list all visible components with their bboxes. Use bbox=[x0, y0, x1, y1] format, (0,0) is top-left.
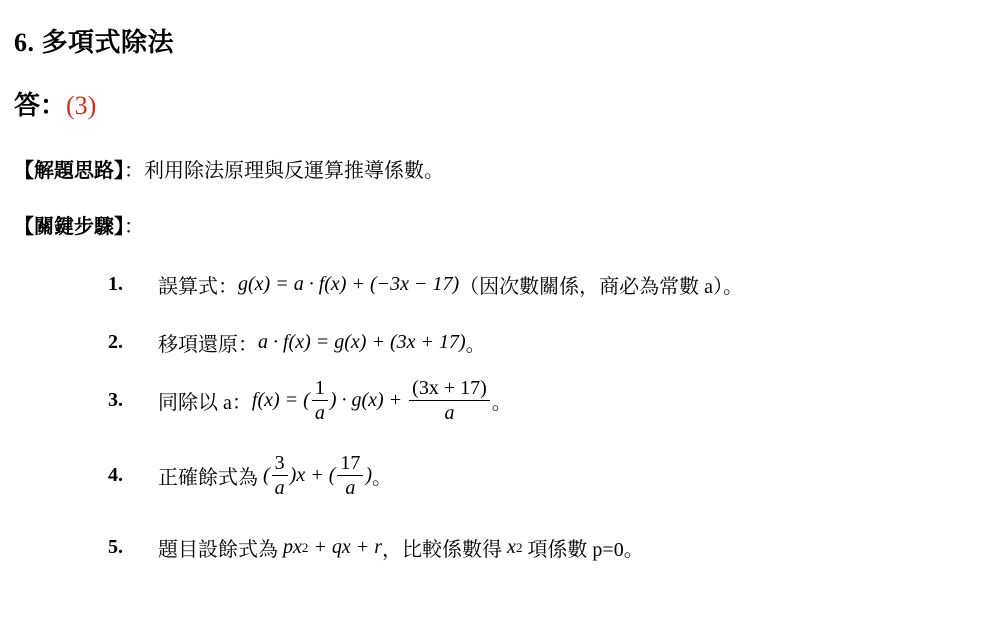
math-x: x bbox=[507, 536, 516, 559]
step-body: 移項還原： a · f(x) = g(x) + (3x + 17) 。 bbox=[158, 328, 486, 357]
step-number: 4. bbox=[108, 464, 158, 487]
answer-label: 答： bbox=[14, 91, 66, 120]
step-body: 同除以 a： f(x) = ( 1 a ) · g(x) + (3x + 17)… bbox=[158, 376, 512, 425]
close-paren: ) bbox=[365, 464, 372, 487]
approach-label: 【解題思路】 bbox=[14, 160, 124, 182]
step-suffix: 項係數 p=0。 bbox=[522, 533, 643, 562]
step-2: 2. 移項還原： a · f(x) = g(x) + (3x + 17) 。 bbox=[108, 328, 486, 357]
fraction-numerator: 17 bbox=[337, 451, 363, 476]
step-1: 1. 誤算式： g(x) = a · f(x) + (−3x − 17) （因次… bbox=[108, 270, 743, 299]
step-prefix: 題目設餘式為 bbox=[158, 533, 283, 562]
fraction-denominator: a bbox=[315, 401, 325, 425]
step-body: 正確餘式為 ( 3 a )x + ( 17 a ) 。 bbox=[158, 451, 392, 500]
step-body: 誤算式： g(x) = a · f(x) + (−3x − 17) （因次數關係… bbox=[158, 270, 743, 299]
step-math-mid: )x + ( bbox=[290, 464, 336, 487]
step-suffix: （因次數關係，商必為常數 a）。 bbox=[459, 270, 743, 299]
fraction-numerator: 3 bbox=[272, 451, 288, 476]
answer-value: (3) bbox=[66, 91, 96, 120]
step-math-lhs: f(x) = ( bbox=[252, 389, 310, 412]
fraction-three-over-a: 3 a bbox=[272, 451, 288, 500]
step-suffix: 。 bbox=[372, 461, 392, 490]
math-px: px bbox=[283, 536, 302, 559]
fraction-remainder-over-a: (3x + 17) a bbox=[409, 376, 490, 425]
step-math: g(x) = a · f(x) + (−3x − 17) bbox=[238, 273, 459, 296]
step-5: 5. 題目設餘式為 px2 + qx + r，比較係數得 x2 項係數 p=0。 bbox=[108, 533, 644, 562]
steps-separator: ： bbox=[124, 216, 144, 238]
steps-header: 【關鍵步驟】： bbox=[14, 210, 144, 239]
step-math-mid: ) · g(x) + bbox=[330, 389, 407, 412]
step-4: 4. 正確餘式為 ( 3 a )x + ( 17 a ) 。 bbox=[108, 451, 392, 500]
step-number: 3. bbox=[108, 389, 158, 412]
fraction-numerator: (3x + 17) bbox=[409, 376, 490, 401]
steps-label: 【關鍵步驟】 bbox=[14, 216, 124, 238]
step-number: 1. bbox=[108, 273, 158, 296]
fraction-seventeen-over-a: 17 a bbox=[337, 451, 363, 500]
step-number: 5. bbox=[108, 536, 158, 559]
approach-text: 利用除法原理與反運算推導係數。 bbox=[144, 160, 444, 182]
fraction-denominator: a bbox=[345, 476, 355, 500]
step-3: 3. 同除以 a： f(x) = ( 1 a ) · g(x) + (3x + … bbox=[108, 376, 512, 425]
answer-line: 答：(3) bbox=[14, 85, 96, 122]
approach-separator: ： bbox=[124, 160, 144, 182]
fraction-denominator: a bbox=[444, 401, 454, 425]
fraction-numerator: 1 bbox=[312, 376, 328, 401]
step-prefix: 誤算式： bbox=[158, 270, 238, 299]
step-math: a · f(x) = g(x) + (3x + 17) bbox=[258, 331, 466, 354]
step-middle: ，比較係數得 bbox=[382, 533, 507, 562]
step-prefix: 正確餘式為 bbox=[158, 461, 263, 490]
math-qx-r: + qx + r bbox=[308, 536, 382, 559]
fraction-one-over-a: 1 a bbox=[312, 376, 328, 425]
step-suffix: 。 bbox=[466, 328, 486, 357]
step-prefix: 同除以 a： bbox=[158, 386, 252, 415]
fraction-denominator: a bbox=[275, 476, 285, 500]
step-body: 題目設餘式為 px2 + qx + r，比較係數得 x2 項係數 p=0。 bbox=[158, 533, 644, 562]
problem-title: 6. 多項式除法 bbox=[14, 22, 174, 59]
step-number: 2. bbox=[108, 331, 158, 354]
step-suffix: 。 bbox=[492, 386, 512, 415]
approach-section: 【解題思路】：利用除法原理與反運算推導係數。 bbox=[14, 154, 444, 183]
open-paren: ( bbox=[263, 464, 270, 487]
step-prefix: 移項還原： bbox=[158, 328, 258, 357]
